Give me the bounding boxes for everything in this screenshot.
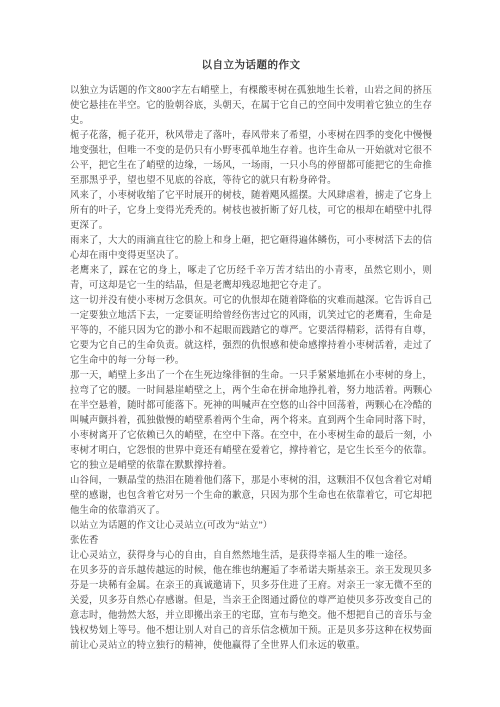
- paragraph: 栀子花落，栀子花开，秋风带走了落叶，春风带来了希望，小枣树在四季的变化中慢慢地变…: [70, 129, 432, 189]
- paragraph: 在贝多芬的音乐越传越远的时候，他在维也纳邂逅了李希诺夫斯基亲王。亲王发现贝多芬是…: [70, 564, 432, 654]
- document-page: 以自立为话题的作文 以独立为话题的作文800字左右峭壁上，有棵酸枣树在孤独地生长…: [0, 0, 500, 707]
- paragraph: 以独立为话题的作文800字左右峭壁上，有棵酸枣树在孤独地生长着，山岩之间的挤压使…: [70, 84, 432, 129]
- page-title: 以自立为话题的作文: [70, 58, 432, 73]
- paragraph: 风来了，小枣树收缩了它平时展开的树枝，随着飓风摇摆。大风肆虐着，掳走了它身上所有…: [70, 189, 432, 234]
- paragraph: 老鹰来了，踩在它的身上，啄走了它历经千辛万苦才结出的小青枣，虽然它则小，则青，可…: [70, 264, 432, 294]
- paragraph: 这一切并没有使小枣树万念俱灰。可它的仇恨却在随着降临的灾难而越深。它告诉自己一定…: [70, 294, 432, 369]
- paragraph: 那一天，峭壁上多出了一个在生死边缘徘徊的生命。一只手紧紧地抓在小枣树的身上，拉弯…: [70, 369, 432, 474]
- essay-body: 以独立为话题的作文800字左右峭壁上，有棵酸枣树在孤独地生长着，山岩之间的挤压使…: [70, 84, 432, 654]
- paragraph: 山谷间，一颗晶莹的热泪在随着他们落下，那是小枣树的泪，这颗泪不仅包含着它对峭壁的…: [70, 474, 432, 519]
- paragraph: 张佐香: [70, 534, 432, 549]
- paragraph: 让心灵站立，获得身与心的自由，自自然然地生活，是获得幸福人生的唯一途径。: [70, 549, 432, 564]
- paragraph: 雨来了，大大的雨滴直往它的脸上和身上砸，把它砸得遍体鳞伤，可小枣树活下去的信心却…: [70, 234, 432, 264]
- paragraph: 以站立为话题的作文让心灵站立(可改为“站立”）: [70, 519, 432, 534]
